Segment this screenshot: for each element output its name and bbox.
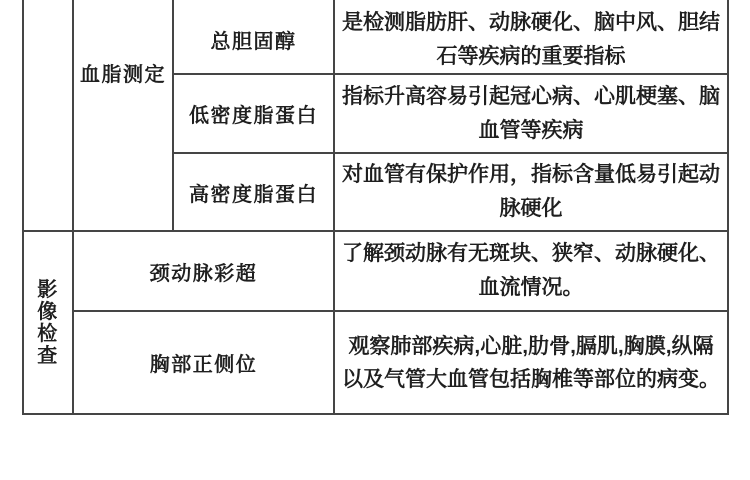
test-name-carotid-ultrasound: 颈动脉彩超: [74, 232, 335, 312]
category-cell-empty: [24, 0, 74, 232]
test-desc-total-cholesterol: 是检测脂肪肝、动脉硬化、脑中风、胆结石等疾病的重要指标: [335, 0, 727, 75]
category-label-imaging: 影像检查: [24, 279, 72, 367]
test-name-chest-xray: 胸部正侧位: [74, 312, 335, 413]
page-canvas: 血脂测定 总胆固醇 是检测脂肪肝、动脉硬化、脑中风、胆结石等疾病的重要指标 低密…: [0, 0, 750, 480]
category-label-blood-lipid: 血脂测定: [80, 64, 166, 86]
test-name-total-cholesterol: 总胆固醇: [174, 0, 335, 75]
test-name-hdl: 高密度脂蛋白: [174, 154, 335, 232]
checkup-items-table: 血脂测定 总胆固醇 是检测脂肪肝、动脉硬化、脑中风、胆结石等疾病的重要指标 低密…: [22, 0, 729, 415]
test-desc-chest-xray: 观察肺部疾病,心脏,肋骨,膈肌,胸膜,纵隔以及气管大血管包括胸椎等部位的病变。: [335, 312, 727, 413]
test-name-ldl: 低密度脂蛋白: [174, 75, 335, 154]
category-cell-imaging: 影像检查: [24, 232, 74, 413]
category-cell-blood-lipid: 血脂测定: [74, 0, 174, 232]
test-desc-carotid-ultrasound: 了解颈动脉有无斑块、狭窄、动脉硬化、血流情况。: [335, 232, 727, 312]
test-desc-ldl: 指标升高容易引起冠心病、心肌梗塞、脑血管等疾病: [335, 75, 727, 154]
test-desc-hdl: 对血管有保护作用，指标含量低易引起动脉硬化: [335, 154, 727, 232]
